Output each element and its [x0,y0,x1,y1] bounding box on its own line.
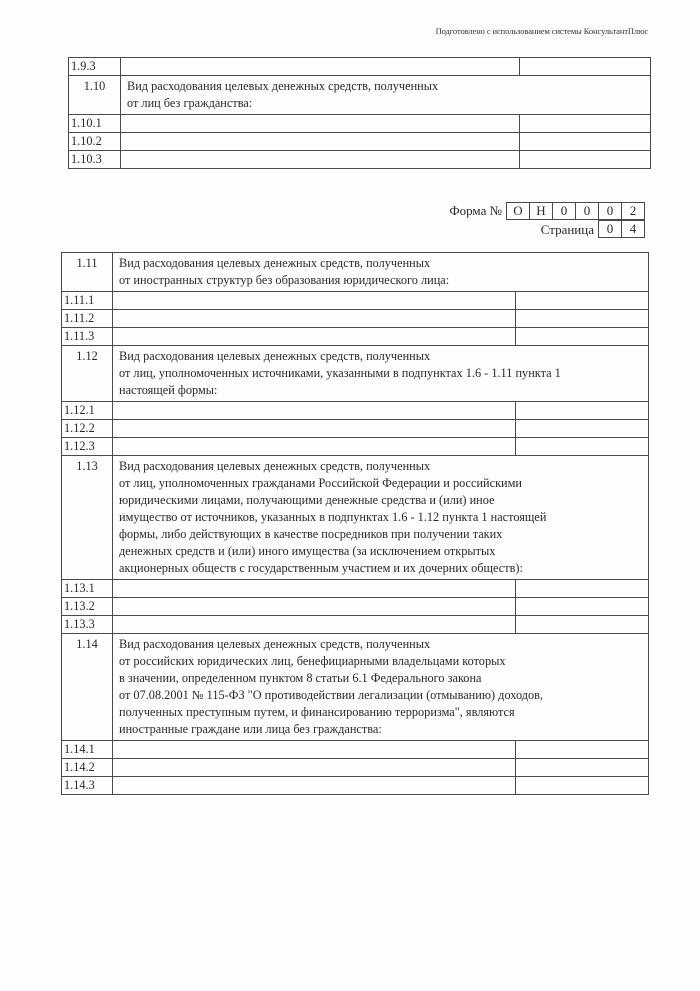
section-row: 1.10Вид расходования целевых денежных ср… [69,76,651,115]
amount-field[interactable] [516,328,649,346]
page-number-boxes: 0 4 [598,220,645,238]
table-row: 1.11.2 [62,310,649,328]
expenditure-type-field[interactable] [113,402,516,420]
amount-field[interactable] [516,598,649,616]
table-row: 1.12.3 [62,438,649,456]
row-number: 1.11.2 [62,310,113,328]
section-row: 1.13Вид расходования целевых денежных ср… [62,456,649,580]
section-number: 1.11 [62,253,113,292]
expenditure-type-field[interactable] [121,151,520,169]
table-row: 1.14.2 [62,759,649,777]
table-row: 1.9.3 [69,58,651,76]
section-number: 1.10 [69,76,121,115]
row-number: 1.10.3 [69,151,121,169]
row-number: 1.14.3 [62,777,113,795]
row-number: 1.14.2 [62,759,113,777]
row-number: 1.12.3 [62,438,113,456]
expenditure-type-field[interactable] [113,741,516,759]
expenditure-type-field[interactable] [113,759,516,777]
table-row: 1.12.1 [62,402,649,420]
table-row: 1.11.1 [62,292,649,310]
expenditure-type-field[interactable] [121,115,520,133]
amount-field[interactable] [516,420,649,438]
amount-field[interactable] [516,741,649,759]
row-number: 1.11.1 [62,292,113,310]
expenditure-type-field[interactable] [121,58,520,76]
table-row: 1.10.1 [69,115,651,133]
form-code-char: 0 [576,203,599,220]
amount-field[interactable] [516,402,649,420]
consultant-plus-note: Подготовлено с использованием системы Ко… [436,26,648,36]
table-row: 1.14.1 [62,741,649,759]
row-number: 1.13.1 [62,580,113,598]
row-number: 1.10.2 [69,133,121,151]
expenditure-type-field[interactable] [113,328,516,346]
expenditure-type-field[interactable] [113,292,516,310]
section-row: 1.11Вид расходования целевых денежных ср… [62,253,649,292]
row-number: 1.10.1 [69,115,121,133]
row-number: 1.13.2 [62,598,113,616]
form-number-label: Форма № [400,203,502,219]
expenditure-type-field[interactable] [113,420,516,438]
expenditure-type-field[interactable] [121,133,520,151]
amount-field[interactable] [516,616,649,634]
row-number: 1.12.2 [62,420,113,438]
amount-field[interactable] [520,58,651,76]
form-number-boxes: О Н 0 0 0 2 [506,202,645,220]
expenditure-table-main: 1.11Вид расходования целевых денежных ср… [61,252,649,795]
form-code-char: 2 [622,203,645,220]
form-code-char: 0 [599,203,622,220]
table-row: 1.12.2 [62,420,649,438]
row-number: 1.13.3 [62,616,113,634]
amount-field[interactable] [520,115,651,133]
table-row: 1.13.1 [62,580,649,598]
section-description: Вид расходования целевых денежных средст… [113,456,649,580]
row-number: 1.11.3 [62,328,113,346]
section-description: Вид расходования целевых денежных средст… [113,253,649,292]
page-digit: 4 [622,221,645,238]
amount-field[interactable] [516,310,649,328]
amount-field[interactable] [516,292,649,310]
section-number: 1.14 [62,634,113,741]
expenditure-table-top: 1.9.31.10Вид расходования целевых денежн… [68,57,651,169]
expenditure-type-field[interactable] [113,616,516,634]
table-row: 1.14.3 [62,777,649,795]
table-row: 1.13.2 [62,598,649,616]
form-code-char: О [507,203,530,220]
expenditure-type-field[interactable] [113,310,516,328]
section-description: Вид расходования целевых денежных средст… [113,634,649,741]
section-description: Вид расходования целевых денежных средст… [121,76,651,115]
section-row: 1.12Вид расходования целевых денежных ср… [62,346,649,402]
amount-field[interactable] [516,438,649,456]
row-number: 1.14.1 [62,741,113,759]
section-description: Вид расходования целевых денежных средст… [113,346,649,402]
amount-field[interactable] [520,151,651,169]
amount-field[interactable] [516,777,649,795]
amount-field[interactable] [516,580,649,598]
expenditure-type-field[interactable] [113,598,516,616]
expenditure-type-field[interactable] [113,438,516,456]
section-number: 1.12 [62,346,113,402]
table-row: 1.11.3 [62,328,649,346]
row-number: 1.12.1 [62,402,113,420]
expenditure-type-field[interactable] [113,580,516,598]
table-row: 1.10.3 [69,151,651,169]
form-code-char: Н [530,203,553,220]
form-code-char: 0 [553,203,576,220]
expenditure-type-field[interactable] [113,777,516,795]
amount-field[interactable] [520,133,651,151]
amount-field[interactable] [516,759,649,777]
row-number: 1.9.3 [69,58,121,76]
page-label: Страница [430,222,594,238]
table-row: 1.13.3 [62,616,649,634]
page-digit: 0 [599,221,622,238]
table-row: 1.10.2 [69,133,651,151]
section-row: 1.14Вид расходования целевых денежных ср… [62,634,649,741]
section-number: 1.13 [62,456,113,580]
